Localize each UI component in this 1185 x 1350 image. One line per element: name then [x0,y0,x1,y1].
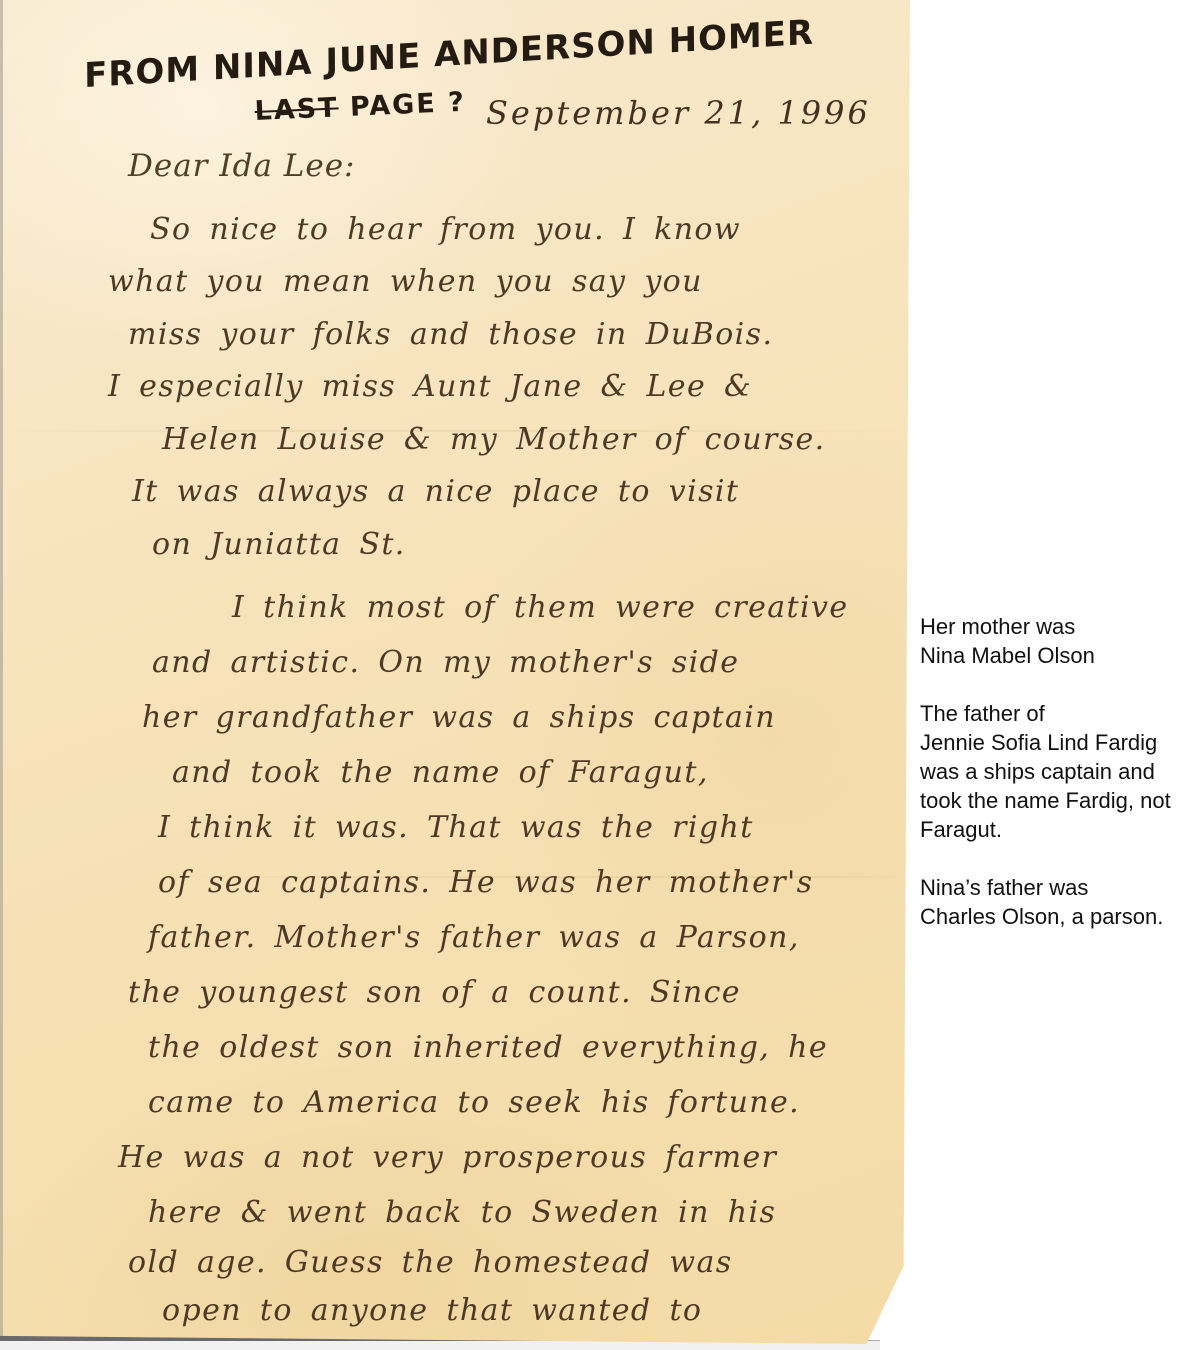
letter-date: September 21, 1996 [486,94,871,132]
letter-line: I especially miss Aunt Jane & Lee & [108,369,752,404]
letter-line: miss your folks and those in DuBois. [128,317,773,352]
annotation-paragraph-father: Nina’s father was Charles Olson, a parso… [920,873,1182,931]
scan-left-edge [0,0,3,1340]
letter-line: So nice to hear from you. I know [150,212,741,247]
letter-line: on Juniatta St. [152,527,406,562]
letter-line: He was a not very prosperous farmer [118,1140,777,1175]
letter-line: old age. Guess the homestead was [128,1245,733,1280]
annotation-paragraph-mother: Her mother was Nina Mabel Olson [920,612,1182,670]
letter-line: I think most of them were creative [232,590,849,625]
letter-line: I think it was. That was the right [158,810,754,845]
letter-line: Helen Louise & my Mother of course. [162,422,826,457]
letter-paper: FROM NINA JUNE ANDERSON HOMER LAST PAGE … [0,0,910,1344]
annotation-paragraph-fardig: The father of Jennie Sofia Lind Fardig w… [920,699,1182,844]
letter-salutation: Dear Ida Lee: [128,148,356,184]
letter-line: and artistic. On my mother's side [152,645,739,680]
letter-line: here & went back to Sweden in his [148,1195,776,1230]
page-note-rest: PAGE ? [338,87,467,124]
typed-annotations: Her mother was Nina Mabel Olson The fath… [920,612,1182,960]
letter-line: of sea captains. He was her mother's [158,865,813,900]
letter-line: and took the name of Faragut, [172,755,709,790]
letter-line: what you mean when you say you [108,264,703,299]
letter-line: came to America to seek his fortune. [148,1085,800,1120]
handwritten-from-note: FROM NINA JUNE ANDERSON HOMER [84,13,814,96]
letter-line: the oldest son inherited everything, he [148,1030,828,1065]
letter-line: It was always a nice place to visit [132,474,739,509]
scanned-letter-page: FROM NINA JUNE ANDERSON HOMER LAST PAGE … [0,0,1185,1350]
page-note-struck-word: LAST [254,92,339,127]
handwritten-page-note: LAST PAGE ? [254,87,466,127]
letter-line: the youngest son of a count. Since [128,975,741,1010]
letter-line: her grandfather was a ships captain [142,700,776,735]
letter-line: open to anyone that wanted to [162,1293,702,1328]
letter-line: father. Mother's father was a Parson, [148,920,800,955]
